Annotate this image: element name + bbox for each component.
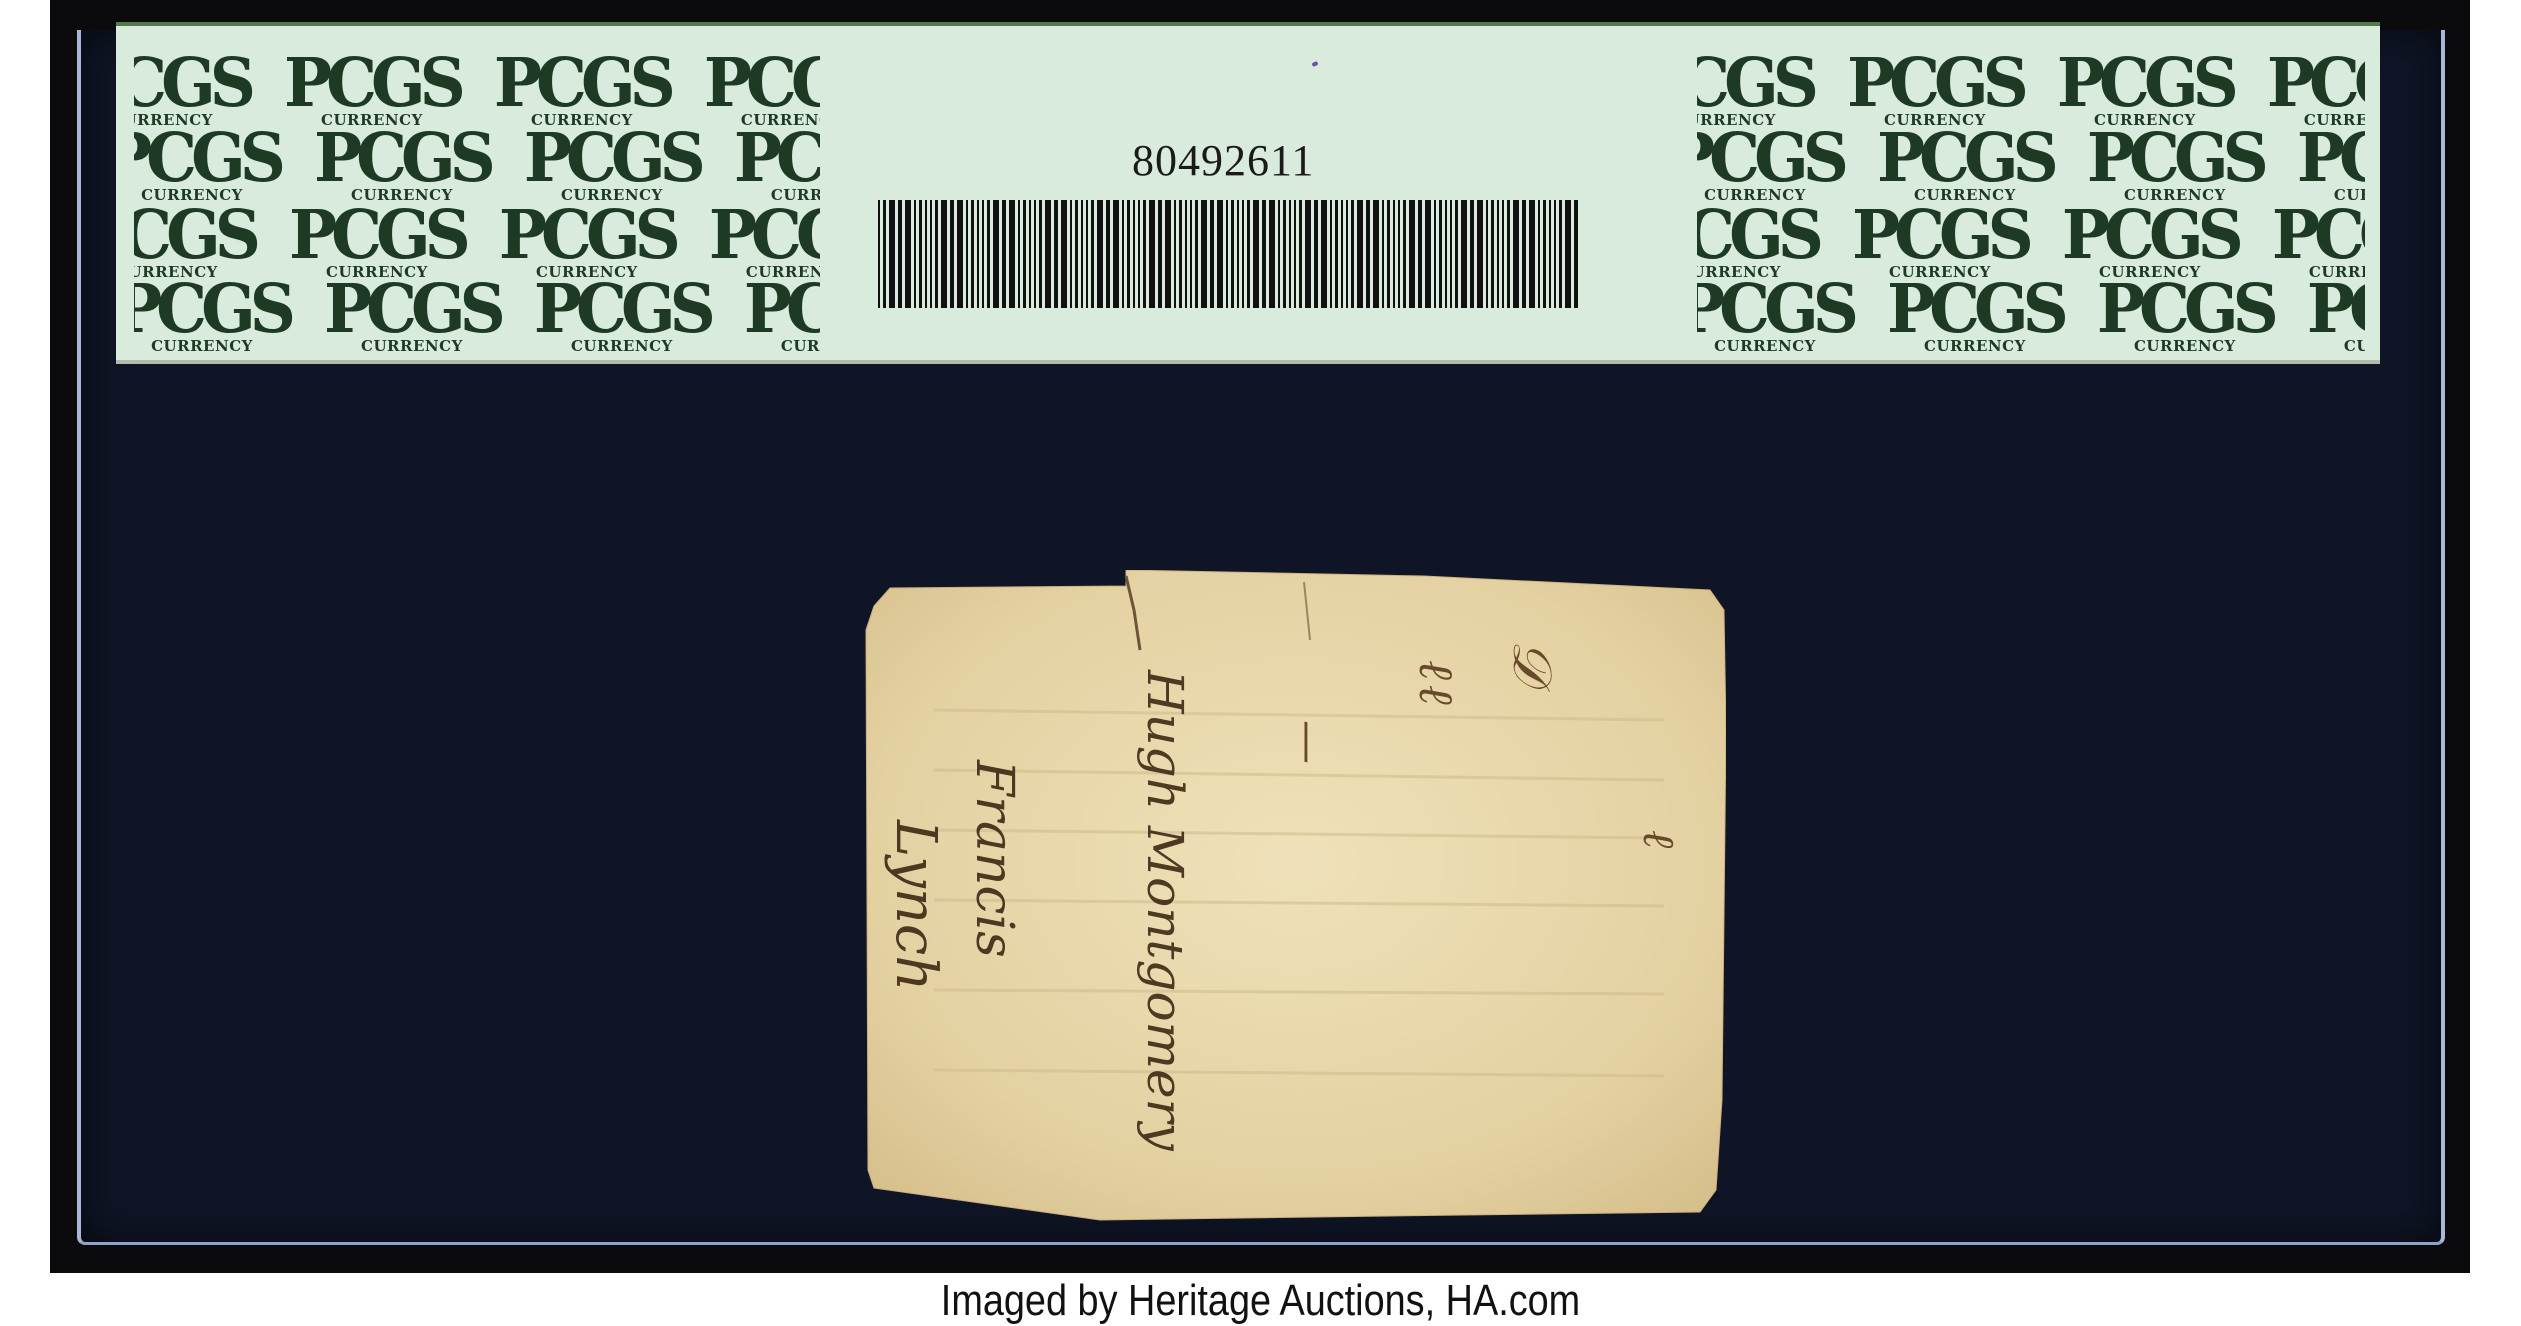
endorsement-script-2: ℓ ℓ (1408, 660, 1464, 705)
barcode-bar (1425, 200, 1431, 308)
barcode-bar (925, 200, 927, 308)
pcgs-logo: PCGSCURRENCY (704, 56, 820, 128)
pcgs-logo: PCGSCURRENCY (534, 282, 710, 354)
barcode-bar (1174, 200, 1176, 308)
barcode-bar (987, 200, 990, 308)
barcode-bar (1158, 200, 1162, 308)
barcode-bar (1018, 200, 1020, 308)
barcode-bar (930, 200, 932, 308)
barcode-bar (1113, 200, 1119, 308)
barcode-bar (1574, 200, 1578, 308)
pcgs-logo: PCGSCURRENCY (134, 282, 290, 354)
pcgs-logo: PCGSCURRENCY (1697, 56, 1813, 128)
barcode-bar (1486, 200, 1488, 308)
barcode-bar (1269, 200, 1275, 308)
barcode-bar (1439, 200, 1442, 308)
barcode-bar (1165, 200, 1171, 308)
barcode-bar (957, 200, 963, 308)
barcode-bar (1278, 200, 1280, 308)
barcode-bar (1061, 200, 1067, 308)
barcode-bar (1543, 200, 1546, 308)
barcode-bar (1450, 200, 1452, 308)
barcode-bar (1461, 200, 1467, 308)
barcode-bar (1513, 200, 1519, 308)
pcgs-pattern-right: PCGSCURRENCYPCGSCURRENCYPCGSCURRENCYPCGS… (1697, 36, 2365, 356)
barcode-bar (1522, 200, 1526, 308)
barcode-bar (1341, 200, 1343, 308)
pcgs-logo: PCGSCURRENCY (324, 282, 500, 354)
pcgs-logo: PCGSCURRENCY (2057, 56, 2233, 128)
barcode-bar (1538, 200, 1540, 308)
barcode-bar (1418, 200, 1422, 308)
barcode-bar (1554, 200, 1556, 308)
pcgs-logo: PCGSCURRENCY (314, 131, 490, 203)
barcode-bar (1247, 200, 1250, 308)
barcode-bar (966, 200, 968, 308)
barcode-bar (1190, 200, 1192, 308)
pcgs-logo: PCGSCURRENCY (2087, 131, 2263, 203)
barcode-bar (1373, 200, 1379, 308)
barcode-bar (1242, 200, 1244, 308)
barcode-bar (1434, 200, 1436, 308)
barcode-bar (1403, 200, 1406, 308)
barcode-bar (1201, 200, 1207, 308)
barcode-bar (1549, 200, 1551, 308)
endorsement-hugh-montgomery: Hugh Montgomery (1136, 670, 1194, 1151)
barcode-bar (1138, 200, 1140, 308)
barcode-bar (941, 200, 947, 308)
barcode-bar (1195, 200, 1198, 308)
cert-number: 80492611 (1132, 135, 1314, 186)
barcode-bar (1559, 200, 1562, 308)
barcode-bar (1393, 200, 1395, 308)
barcode-bar (905, 200, 911, 308)
barcode-bar (1321, 200, 1327, 308)
barcode-bar (1477, 200, 1483, 308)
barcode-bar (889, 200, 895, 308)
endorsement-lynch: Lynch (883, 820, 948, 991)
barcode-bar (1366, 200, 1370, 308)
barcode-bar (1387, 200, 1390, 308)
pcgs-logo: PCGSCURRENCY (284, 56, 460, 128)
endorsement-script-4: ℓ (1633, 830, 1684, 848)
barcode-bar (1289, 200, 1291, 308)
barcode-bar (919, 200, 922, 308)
barcode-bar (1127, 200, 1130, 308)
pcgs-logo: PCGSCURRENCY (1887, 282, 2063, 354)
barcode-bar (1502, 200, 1504, 308)
barcode-bar (971, 200, 974, 308)
barcode-bar (883, 200, 886, 308)
barcode-bar (1231, 200, 1234, 308)
barcode-bar (1075, 200, 1078, 308)
barcode-bar (1529, 200, 1535, 308)
pcgs-logo: PCGSCURRENCY (524, 131, 700, 203)
pcgs-logo: PCGSCURRENCY (134, 131, 280, 203)
pcgs-logo: PCGSCURRENCY (1697, 131, 1843, 203)
barcode-bar (1470, 200, 1474, 308)
barcode-bar (898, 200, 902, 308)
barcode-bar (1382, 200, 1384, 308)
grading-label: PCGSCURRENCYPCGSCURRENCYPCGSCURRENCYPCGS… (116, 22, 2380, 360)
pcgs-logo: PCGSCURRENCY (1877, 131, 2053, 203)
barcode-bar (1045, 200, 1051, 308)
barcode-bar (950, 200, 954, 308)
endorsement-script-3: 𝒟 (1500, 640, 1564, 683)
pcgs-logo: PCGSCURRENCY (744, 282, 820, 354)
barcode-bar (1039, 200, 1042, 308)
pcgs-logo: PCGSCURRENCY (2307, 282, 2365, 354)
pcgs-logo: PCGSCURRENCY (494, 56, 670, 128)
barcode-bar (1122, 200, 1124, 308)
barcode-bar (1029, 200, 1031, 308)
barcode-bar (1283, 200, 1286, 308)
barcode-bar (1398, 200, 1400, 308)
barcode-bar (1133, 200, 1135, 308)
barcode-bar (1507, 200, 1510, 308)
barcode-bar (1455, 200, 1458, 308)
barcode-bar (1237, 200, 1239, 308)
barcode-bar (1034, 200, 1036, 308)
barcode-bar (914, 200, 916, 308)
barcode-bar (935, 200, 938, 308)
barcode-bar (1314, 200, 1318, 308)
pcgs-logo: PCGSCURRENCY (134, 56, 250, 128)
barcode-bar (1149, 200, 1155, 308)
barcode-bar (1330, 200, 1332, 308)
barcode-bar (1445, 200, 1447, 308)
barcode-bar (1179, 200, 1182, 308)
barcode-bar (1002, 200, 1006, 308)
barcode-bar (1009, 200, 1015, 308)
endorsement-script-1: — (1283, 720, 1334, 768)
barcode-bar (878, 200, 880, 308)
image-credit: Imaged by Heritage Auctions, HA.com (176, 1276, 2344, 1326)
endorsement-francis: Francis (964, 760, 1024, 958)
barcode-bar (1054, 200, 1058, 308)
barcode-bar (1091, 200, 1094, 308)
banknote-back: Francis Lynch Hugh Montgomery — ℓ ℓ 𝒟 ℓ (864, 570, 1726, 1222)
barcode-bar (1351, 200, 1354, 308)
barcode-bar (1210, 200, 1214, 308)
barcode-bar (1491, 200, 1494, 308)
barcode-bar (1226, 200, 1228, 308)
barcode-bar (1497, 200, 1499, 308)
pcgs-logo: PCGSCURRENCY (2097, 282, 2273, 354)
barcode-bar (1262, 200, 1266, 308)
barcode-bar (993, 200, 999, 308)
barcode-bar (1217, 200, 1223, 308)
barcode-bar (1346, 200, 1348, 308)
barcode-bar (1023, 200, 1026, 308)
barcode-bar (982, 200, 984, 308)
barcode-bar (1565, 200, 1571, 308)
pcgs-logo: PCGSCURRENCY (1847, 56, 2023, 128)
barcode-bar (1143, 200, 1146, 308)
pcgs-logo: PCGSCURRENCY (2297, 131, 2365, 203)
barcode-bar (1305, 200, 1311, 308)
barcode-bar (1086, 200, 1088, 308)
barcode-bar (1097, 200, 1103, 308)
barcode-bar (977, 200, 979, 308)
barcode-bar (1081, 200, 1083, 308)
barcode-bar (1335, 200, 1338, 308)
pcgs-logo: PCGSCURRENCY (734, 131, 820, 203)
barcode-bar (1299, 200, 1302, 308)
barcode-bar (1294, 200, 1296, 308)
barcode-bar (1106, 200, 1110, 308)
pcgs-logo: PCGSCURRENCY (1697, 282, 1853, 354)
pcgs-pattern-left: PCGSCURRENCYPCGSCURRENCYPCGSCURRENCYPCGS… (134, 36, 820, 356)
pcgs-logo: PCGSCURRENCY (2267, 56, 2365, 128)
barcode-bar (1185, 200, 1187, 308)
barcode-bar (1409, 200, 1415, 308)
barcode-bar (1070, 200, 1072, 308)
barcode-bar (1253, 200, 1259, 308)
barcode-bar (1357, 200, 1363, 308)
barcode (878, 200, 1586, 308)
